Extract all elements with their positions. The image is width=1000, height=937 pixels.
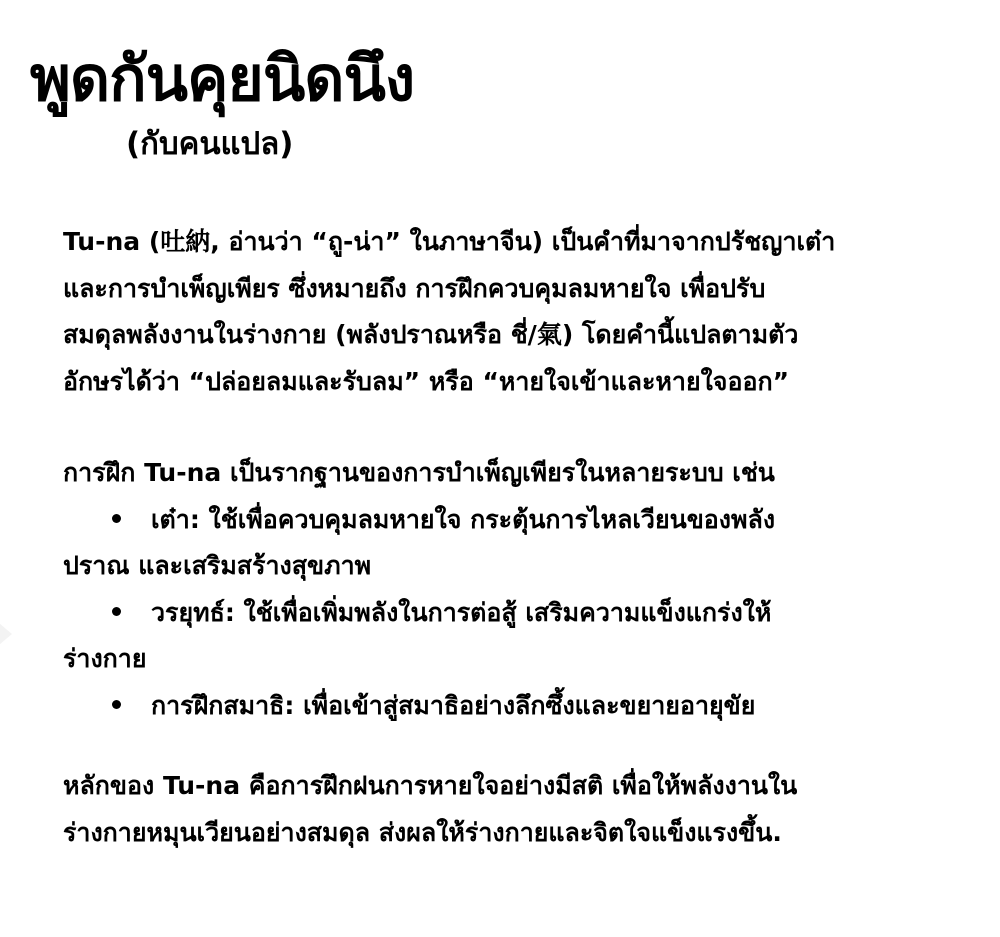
page-title: พูดกันคุยนิดนึง (30, 34, 414, 124)
text-line: และการบำเพ็ญเพียร ซึ่งหมายถึง การฝึกควบค… (63, 266, 963, 313)
paragraph-intro: การฝึก Tu-na เป็นรากฐานของการบำเพ็ญเพียร… (63, 450, 963, 497)
bullet-item-martial-arts: วรยุทธ์: ใช้เพื่อเพิ่มพลังในการต่อสู้ เส… (63, 590, 963, 683)
bullet-text: การฝึกสมาธิ: เพื่อเข้าสู่สมาธิอย่างลึกซึ… (151, 691, 755, 720)
bullet-text: เต๋า: ใช้เพื่อควบคุมลมหายใจ กระตุ้นการไห… (151, 505, 775, 534)
bullet-icon (63, 590, 151, 637)
bullet-item-meditation: การฝึกสมาธิ: เพื่อเข้าสู่สมาธิอย่างลึกซึ… (63, 683, 963, 730)
text-line: หลักของ Tu-na คือการฝึกฝนการหายใจอย่างมี… (63, 763, 963, 810)
text-line: อักษรได้ว่า “ปล่อยลมและรับลม” หรือ “หายใ… (63, 359, 963, 406)
bullet-text: วรยุทธ์: ใช้เพื่อเพิ่มพลังในการต่อสู้ เส… (151, 598, 771, 627)
bullet-icon (63, 683, 151, 730)
paragraph-definition: Tu-na (吐納, อ่านว่า “ถู-น่า” ในภาษาจีน) เ… (63, 219, 963, 405)
text-line: ร่างกายหมุนเวียนอย่างสมดุล ส่งผลให้ร่างก… (63, 810, 963, 857)
bullet-icon (63, 497, 151, 544)
page-subtitle: (กับคนแปล) (126, 120, 293, 168)
paragraph-principle: หลักของ Tu-na คือการฝึกฝนการหายใจอย่างมี… (63, 763, 963, 856)
paragraph-practice-systems: การฝึก Tu-na เป็นรากฐานของการบำเพ็ญเพียร… (63, 450, 963, 729)
bullet-item-tao: เต๋า: ใช้เพื่อควบคุมลมหายใจ กระตุ้นการไห… (63, 497, 963, 590)
text-line: สมดุลพลังงานในร่างกาย (พลังปราณหรือ ชี่/… (63, 312, 963, 359)
bullet-continuation: ร่างกาย (63, 636, 963, 683)
bullet-continuation: ปราณ และเสริมสร้างสุขภาพ (63, 543, 963, 590)
watermark-arrow-shape (0, 612, 12, 656)
text-line: Tu-na (吐納, อ่านว่า “ถู-น่า” ในภาษาจีน) เ… (63, 219, 963, 266)
